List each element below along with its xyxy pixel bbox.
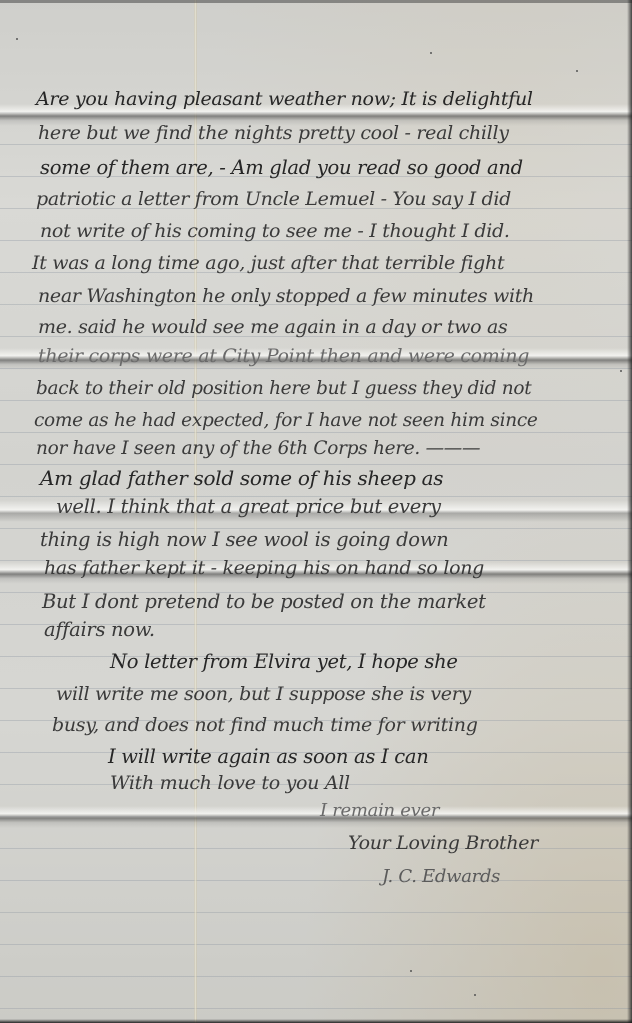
letter-line: will write me soon, but I suppose she is… [56,683,471,705]
paper-speck [430,52,432,54]
letter-line: Am glad father sold some of his sheep as [40,466,443,490]
letter-line: come as he had expected, for I have not … [34,410,538,431]
letter-line: No letter from Elvira yet, I hope she [110,650,458,673]
letter-line: here but we find the nights pretty cool … [38,122,509,144]
ruled-line [0,112,632,113]
ruled-line [0,816,632,817]
letter-line: Are you having pleasant weather now; It … [36,88,533,110]
ruled-line [0,144,632,145]
letter-line: some of them are, - Am glad you read so … [40,156,523,179]
signature: J. C. Edwards [382,866,500,887]
paper-speck [620,370,622,372]
ruled-line [0,400,632,401]
letter-line: well. I think that a great price but eve… [56,495,441,518]
complimentary-close: Your Loving Brother [348,832,538,854]
letter-line: patriotic a letter from Uncle Lemuel - Y… [36,188,511,210]
letter-line: But I dont pretend to be posted on the m… [42,590,486,613]
letter-line: back to their old position here but I gu… [36,378,531,399]
letter-line: affairs now. [44,618,155,641]
ruled-line [0,432,632,433]
paper-speck [576,70,578,72]
scan-edge-bottom [0,1019,632,1023]
letter-line: With much love to you All [110,772,350,794]
paper-speck [474,994,476,996]
letter-line: near Washington he only stopped a few mi… [38,285,534,307]
letter-line: busy, and does not find much time for wr… [52,714,478,736]
scan-edge-top [0,0,632,3]
ruled-line [0,368,632,369]
paper-speck [410,970,412,972]
letter-page: Are you having pleasant weather now; It … [0,0,632,1023]
paper-speck [16,38,18,40]
letter-line: I will write again as soon as I can [108,745,428,768]
letter-line: nor have I seen any of the 6th Corps her… [36,438,480,459]
ruled-line [0,1008,632,1009]
letter-line: It was a long time ago, just after that … [32,252,504,274]
letter-line: me. said he would see me again in a day … [38,316,508,338]
letter-line: has father kept it - keeping his on hand… [44,557,484,579]
valediction: I remain ever [320,800,439,821]
ruled-line [0,912,632,913]
fold-shadow [0,806,632,828]
letter-line: thing is high now I see wool is going do… [40,528,448,551]
letter-line: their corps were at City Point then and … [38,345,529,367]
letter-line: not write of his coming to see me - I th… [40,220,510,242]
ruled-line [0,880,632,881]
scan-edge-right [627,0,632,1023]
ruled-line [0,464,632,465]
ruled-line [0,944,632,945]
ruled-line [0,976,632,977]
